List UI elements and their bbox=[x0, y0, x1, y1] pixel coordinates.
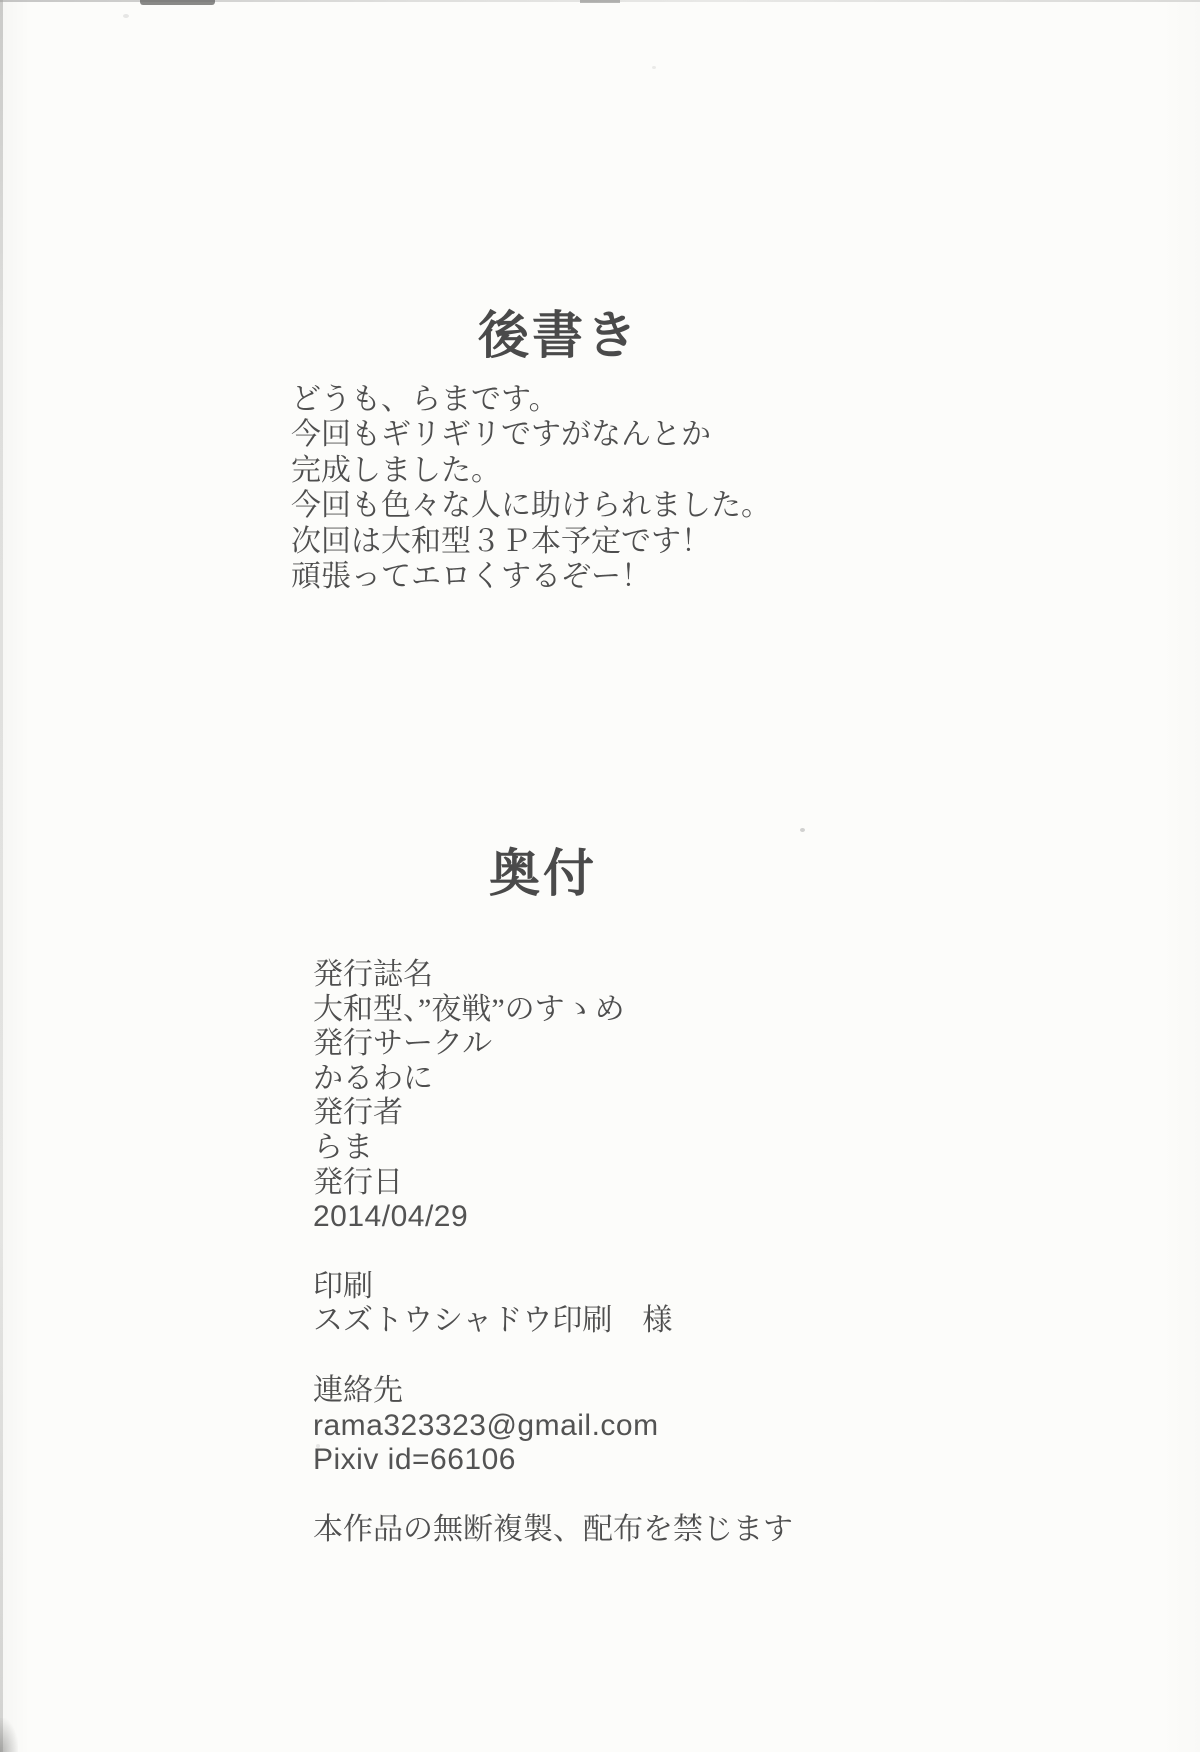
colophon-title: 奥付 bbox=[489, 832, 597, 906]
afterword-line: 今回も色々な人に助けられました。 bbox=[291, 488, 771, 523]
printing-value: スズトウシャドウ印刷 様 bbox=[313, 1304, 793, 1339]
scanned-page: 後書き どうも、らまです。 今回もギリギリですがなんとか 完成しました。 今回も… bbox=[0, 0, 1200, 1752]
colophon-notice-group: 本作品の無断複製、配布を禁じます bbox=[313, 1513, 793, 1548]
afterword-line: 今回もギリギリですがなんとか bbox=[291, 417, 771, 452]
scan-speck bbox=[800, 828, 805, 832]
publication-publisher-value: らま bbox=[313, 1131, 793, 1166]
afterword-title: 後書き bbox=[478, 294, 640, 368]
publication-title-value: 大和型、”夜戦”のすゝめ bbox=[313, 993, 793, 1028]
scan-bottom-left-smudge bbox=[0, 1718, 18, 1752]
colophon-contact-group: 連絡先 rama323323@gmail.com Pixiv id=66106 bbox=[313, 1374, 793, 1478]
afterword-line: 完成しました。 bbox=[291, 453, 771, 488]
publication-circle-value: かるわに bbox=[313, 1062, 793, 1097]
copyright-notice: 本作品の無断複製、配布を禁じます bbox=[313, 1513, 793, 1548]
printing-label: 印刷 bbox=[313, 1270, 793, 1305]
publication-date-value: 2014/04/29 bbox=[313, 1200, 793, 1235]
publication-date-label: 発行日 bbox=[313, 1166, 793, 1201]
publication-title-label: 発行誌名 bbox=[313, 958, 793, 993]
contact-label: 連絡先 bbox=[313, 1374, 793, 1409]
scan-top-smudge bbox=[140, 0, 215, 5]
afterword-line: 次回は大和型３Ｐ本予定です！ bbox=[291, 524, 771, 559]
contact-email: rama323323@gmail.com bbox=[313, 1409, 793, 1444]
publication-publisher-label: 発行者 bbox=[313, 1096, 793, 1131]
scan-top-smudge-2 bbox=[580, 0, 620, 3]
contact-pixiv-id: Pixiv id=66106 bbox=[313, 1443, 793, 1478]
afterword-line: 頑張ってエロくするぞー！ bbox=[291, 559, 771, 594]
scan-speck bbox=[652, 66, 656, 69]
afterword-line: どうも、らまです。 bbox=[291, 382, 771, 417]
scan-speck bbox=[123, 14, 129, 18]
colophon-text: 発行誌名 大和型、”夜戦”のすゝめ 発行サークル かるわに 発行者 らま 発行日… bbox=[313, 958, 793, 1547]
afterword-text: どうも、らまです。 今回もギリギリですがなんとか 完成しました。 今回も色々な人… bbox=[291, 382, 771, 594]
colophon-publication-group: 発行誌名 大和型、”夜戦”のすゝめ 発行サークル かるわに 発行者 らま 発行日… bbox=[313, 958, 793, 1235]
publication-circle-label: 発行サークル bbox=[313, 1027, 793, 1062]
colophon-printing-group: 印刷 スズトウシャドウ印刷 様 bbox=[313, 1270, 793, 1339]
scan-left-edge bbox=[0, 0, 3, 1752]
